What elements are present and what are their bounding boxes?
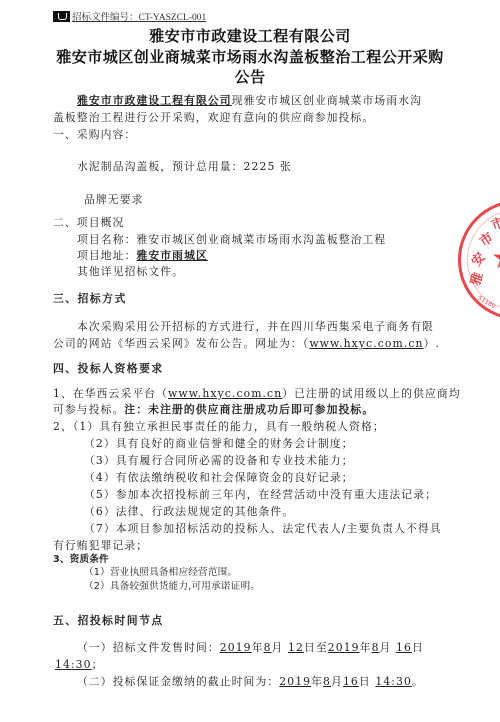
timeline-item-1: （一）招标文件发售时间：2019年8月 12日至2019年8月 16日 <box>77 641 424 655</box>
req2-item: （5）参加本次招投标前三年内，在经营活动中没有重大违法记录； <box>84 488 437 502</box>
req2-item: （4）有依法缴纳税收和社会保障资金的良好记录； <box>84 471 354 485</box>
title-project: 雅安市城区创业商城菜市场雨水沟盖板整治工程公开采购 <box>0 46 500 67</box>
unit-day: 日 <box>359 675 371 688</box>
req1-b: ）已注册的试用级以上的供应商均 <box>282 387 460 400</box>
section3-text-2a: 公司的网站《华西云采网》发布公告。网址为：（ <box>53 337 309 350</box>
document-number: 招标文件编号：CT-YASZCL-001 <box>53 9 206 23</box>
project-name-value: 雅安市城区创业商城菜市场雨水沟盖板整治工程 <box>136 233 386 246</box>
req1-c: 可参与投标。 <box>53 403 124 416</box>
section3-text-2b: ）. <box>424 337 440 350</box>
project-address: 项目地址：雅安市雨城区 <box>77 249 208 263</box>
intro-text-a: 现雅安市城区创业商城菜市场雨水沟 <box>232 94 422 107</box>
t2-day: 16 <box>343 675 359 688</box>
timeline-item-2: （二）投标保证金缴纳的截止时间为：2019年8月16日 14:30。 <box>77 675 424 689</box>
t1-year-start: 2019 <box>220 641 252 654</box>
req1-line-2: 可参与投标。注：未注册的供应商注册成功后即可参加投标。 <box>53 403 374 417</box>
unit-end: 。 <box>412 675 424 688</box>
t1-time-end: 14:30 <box>55 658 92 671</box>
project-address-value: 雅安市雨城区 <box>136 249 207 262</box>
section1-heading: 一、采购内容： <box>53 128 136 142</box>
timeline-2-label: （二）投标保证金缴纳的截止时间为： <box>77 675 279 688</box>
unit-day: 日 <box>304 641 316 654</box>
req3-item: （1）营业执照具备相应经营范围。 <box>84 566 237 580</box>
title-announcement: 公告 <box>0 66 500 87</box>
t1-year-end: 2019 <box>328 641 360 654</box>
section4-heading: 四、投标人资格要求 <box>53 362 164 376</box>
t2-time: 14:30 <box>375 675 412 688</box>
section1-item: 水泥制品沟盖板，预计总用量：2225 张 <box>77 160 292 174</box>
intro-line-1: 雅安市市政建设工程有限公司现雅安市城区创业商城菜市场雨水沟 <box>77 94 422 108</box>
req1-a: 1、在华西云采平台（ <box>53 387 168 400</box>
section3-text-1: 本次采购采用公开招标的方式进行，并在四川华西集采电子商务有限 <box>77 320 434 334</box>
req1-line-1: 1、在华西云采平台（www.hxyc.com.cn）已注册的试用级以上的供应商均 <box>53 387 461 401</box>
t1-day-end: 16 <box>396 641 412 654</box>
unit-month: 月 <box>331 675 343 688</box>
t2-month: 8 <box>323 675 331 688</box>
section1-brand: 品牌无要求 <box>84 193 143 207</box>
req2-item: （3）具有履行合同所必需的设备和专业技术能力； <box>84 454 354 468</box>
req3-heading: 3、资质条件 <box>53 553 109 567</box>
doc-number-text: 招标文件编号：CT-YASZCL-001 <box>72 9 206 23</box>
req2-item: 2、（1）具有独立承担民事责任的能力，具有一般纳税人资格； <box>53 420 385 434</box>
req3-item: （2）具备较强供货能力,可用承诺证明。 <box>84 580 260 594</box>
hxyc-link-2[interactable]: www.hxyc.com.cn <box>168 387 282 400</box>
unit-semi: ； <box>92 658 104 671</box>
req2-item: 有行贿犯罪记录； <box>53 539 148 553</box>
intro-company: 雅安市市政建设工程有限公司 <box>77 94 232 107</box>
project-other: 其他详见招标文件。 <box>77 265 184 279</box>
project-address-label: 项目地址： <box>77 249 136 262</box>
intro-line-2: 盖板整治工程进行公开采购，欢迎有意向的供应商参加投标。 <box>53 111 374 125</box>
unit-month: 月 <box>380 641 392 654</box>
t1-month-start: 8 <box>264 641 272 654</box>
seal-star-icon: ★ <box>491 241 500 276</box>
unit-day: 日 <box>412 641 424 654</box>
unit-year: 年 <box>360 641 372 654</box>
project-name-label: 项目名称： <box>77 233 136 246</box>
unit-year: 年 <box>252 641 264 654</box>
section5-heading: 五、招投标时间节点 <box>53 614 164 628</box>
timeline-item-1-time: 14:30； <box>55 658 104 672</box>
company-logo-icon <box>53 11 70 22</box>
company-seal-stamp: ★ 雅 安 市 市 政 51180 <box>458 200 500 320</box>
section2-heading: 二、项目概况 <box>53 216 124 230</box>
title-company: 雅安市市政建设工程有限公司 <box>0 25 500 46</box>
hxyc-link[interactable]: www.hxyc.com.cn <box>309 337 423 350</box>
req1-note: 注：未注册的供应商注册成功后即可参加投标。 <box>124 403 374 416</box>
section3-heading: 三、招标方式 <box>53 292 127 306</box>
project-name: 项目名称：雅安市城区创业商城菜市场雨水沟盖板整治工程 <box>77 233 386 247</box>
section3-text-2: 公司的网站《华西云采网》发布公告。网址为：（www.hxyc.com.cn）. <box>53 337 440 351</box>
unit-to: 至 <box>316 641 328 654</box>
document-page: 招标文件编号：CT-YASZCL-001 雅安市市政建设工程有限公司 雅安市城区… <box>0 0 500 722</box>
req2-item: （6）法律、行政法规规定的其他条件。 <box>84 505 294 519</box>
unit-month: 月 <box>272 641 284 654</box>
req2-item: （2）具有良好的商业信誉和健全的财务会计制度； <box>84 437 354 451</box>
req2-item: （7）本项目参加招标活动的投标人、法定代表人/主要负责人不得具 <box>84 522 442 536</box>
unit-year: 年 <box>311 675 323 688</box>
t2-year: 2019 <box>279 675 311 688</box>
t1-month-end: 8 <box>372 641 380 654</box>
timeline-1-label: （一）招标文件发售时间： <box>77 641 220 654</box>
t1-day-start: 12 <box>288 641 304 654</box>
